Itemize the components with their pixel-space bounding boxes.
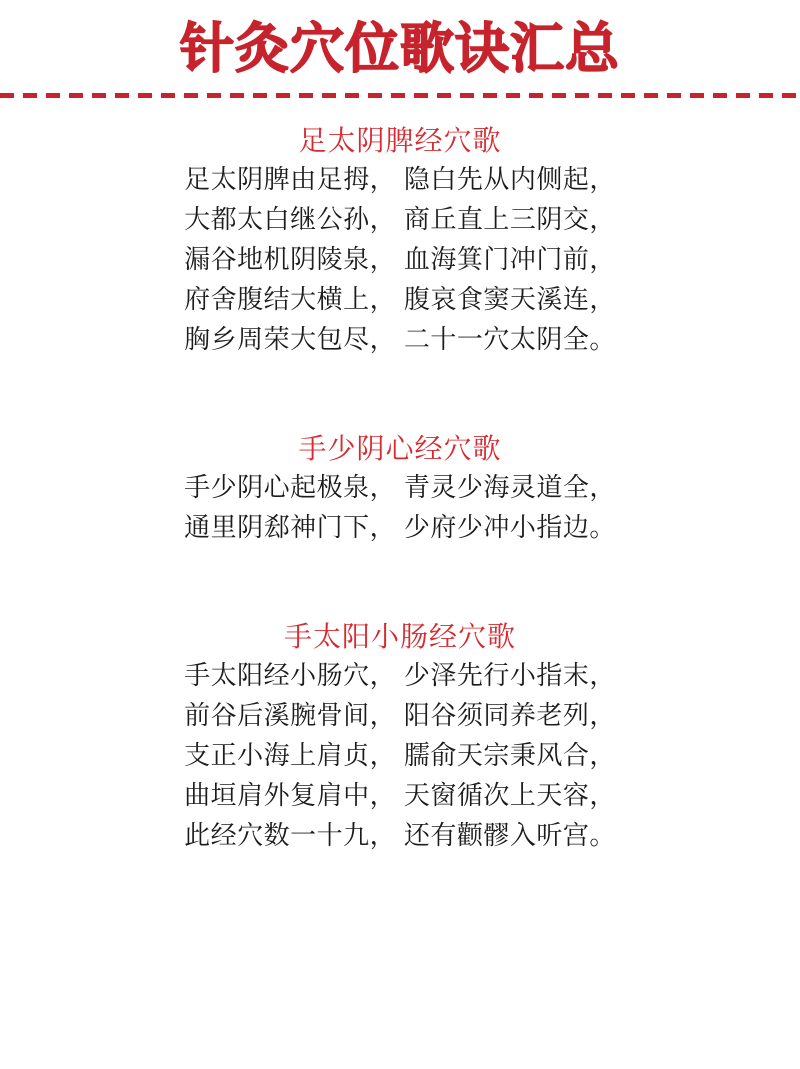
poem-line: 支正小海上肩贞， 臑俞天宗秉风合，	[0, 735, 800, 775]
section-body: 手太阳经小肠穴， 少泽先行小指末，前谷后溪腕骨间， 阳谷须同养老列，支正小海上肩…	[0, 655, 800, 855]
poem-section: 手少阴心经穴歌 手少阴心起极泉， 青灵少海灵道全，通里阴郄神门下， 少府少冲小指…	[0, 431, 800, 547]
section-heading: 足太阴脾经穴歌	[0, 123, 800, 159]
poem-line: 此经穴数一十九， 还有颧髎入听宫。	[0, 815, 800, 855]
poem-line: 手少阴心起极泉， 青灵少海灵道全，	[0, 467, 800, 507]
poem-section: 足太阴脾经穴歌 足太阴脾由足拇， 隐白先从内侧起，大都太白继公孙， 商丘直上三阴…	[0, 123, 800, 359]
section-heading: 手太阳小肠经穴歌	[0, 619, 800, 655]
page: 针灸穴位歌诀汇总 足太阴脾经穴歌 足太阴脾由足拇， 隐白先从内侧起，大都太白继公…	[0, 0, 800, 1069]
section-heading: 手少阴心经穴歌	[0, 431, 800, 467]
dashed-divider	[0, 93, 800, 98]
poem-line: 府舍腹结大横上， 腹哀食窦天溪连，	[0, 279, 800, 319]
poem-line: 前谷后溪腕骨间， 阳谷须同养老列，	[0, 695, 800, 735]
poem-line: 胸乡周荣大包尽， 二十一穴太阴全。	[0, 319, 800, 359]
section-body: 手少阴心起极泉， 青灵少海灵道全，通里阴郄神门下， 少府少冲小指边。	[0, 467, 800, 547]
page-title: 针灸穴位歌诀汇总	[0, 0, 800, 78]
poem-line: 手太阳经小肠穴， 少泽先行小指末，	[0, 655, 800, 695]
section-body: 足太阴脾由足拇， 隐白先从内侧起，大都太白继公孙， 商丘直上三阴交，漏谷地机阴陵…	[0, 159, 800, 359]
poem-line: 足太阴脾由足拇， 隐白先从内侧起，	[0, 159, 800, 199]
poem-section: 手太阳小肠经穴歌 手太阳经小肠穴， 少泽先行小指末，前谷后溪腕骨间， 阳谷须同养…	[0, 619, 800, 855]
poem-line: 曲垣肩外复肩中， 天窗循次上天容，	[0, 775, 800, 815]
poem-line: 漏谷地机阴陵泉， 血海箕门冲门前，	[0, 239, 800, 279]
poem-line: 通里阴郄神门下， 少府少冲小指边。	[0, 507, 800, 547]
content: 足太阴脾经穴歌 足太阴脾由足拇， 隐白先从内侧起，大都太白继公孙， 商丘直上三阴…	[0, 123, 800, 855]
poem-line: 大都太白继公孙， 商丘直上三阴交，	[0, 199, 800, 239]
